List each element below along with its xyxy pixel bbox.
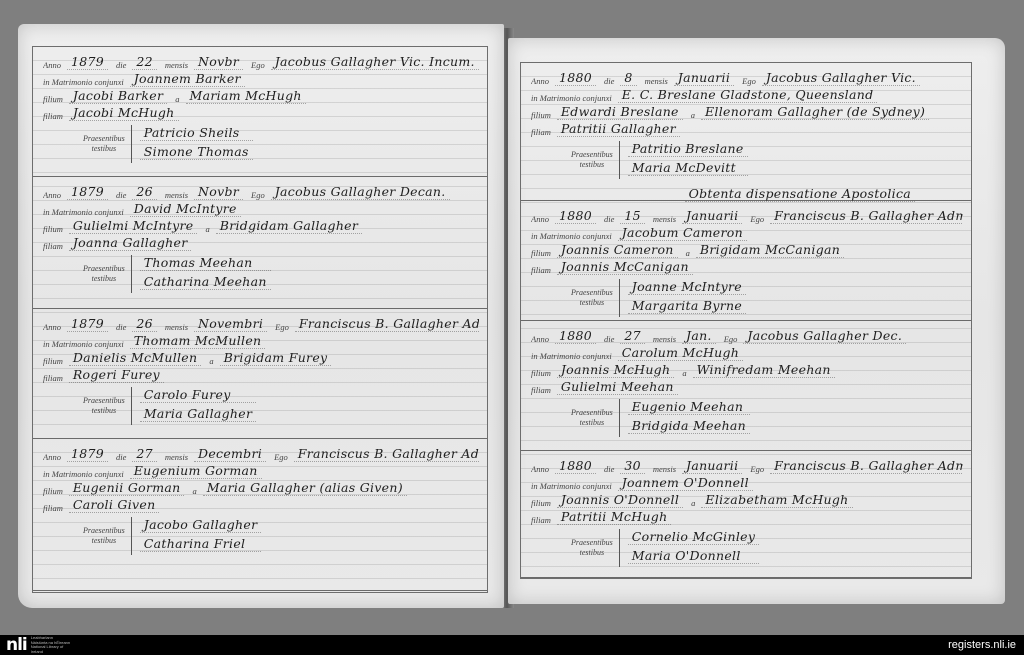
witness-names: Eugenio MeehanBridgida Meehan [628,399,758,437]
entry-bride-parent: Joanna Gallagher [69,235,192,251]
entry-priest: Franciscus B. Gallagher Adm. [770,208,963,224]
witness-names: Thomas MeehanCatharina Meehan [140,255,279,293]
entry-year: 1879 [67,316,108,332]
ego-label: Ego [275,322,289,332]
die-label: die [604,214,614,224]
entry-filium-line: filium Jacobi Barker a Mariam McHugh [43,87,479,104]
entry-witnesses: Praesentibus testibus Patricio SheilsSim… [83,125,479,163]
footer-bar: nli Leabharlann Náisiúnta na hÉireann Na… [0,635,1024,655]
entry-year: 1879 [67,54,108,70]
witness-label: Praesentibus testibus [571,399,620,437]
entry-filiam-line: filiam Patritii Gallagher [531,120,963,137]
entry-date-line: Anno 1879 die 27 mensis Decembri Ego Fra… [43,445,479,462]
entry-filiam-line: filiam Jacobi McHugh [43,104,479,121]
witness-label: Praesentibus testibus [83,387,132,425]
anno-label: Anno [43,60,61,70]
die-label: die [604,334,614,344]
entry-filium-line: filium Eugenii Gorman a Maria Gallagher … [43,479,479,496]
witness-names: Jacobo GallagherCatharina Friel [140,517,270,555]
filiam-label: filiam [43,241,63,251]
entry-priest: Jacobus Gallagher Vic. Incum. [271,54,479,70]
filiam-label: filiam [43,111,63,121]
witness-name: Maria Gallagher [140,406,256,422]
entry-groom: Jacobum Cameron [618,225,747,241]
entry-priest: Jacobus Gallagher Vic. [762,70,920,86]
witness-label: Praesentibus testibus [571,141,620,179]
entry-priest: Franciscus B. Gallagher Adm. [770,458,963,474]
entry-filiam-line: filiam Gulielmi Meehan [531,378,963,395]
entry-witnesses: Praesentibus testibus Jacobo GallagherCa… [83,517,479,555]
entry-date-line: Anno 1880 die 15 mensis Januarii Ego Fra… [531,207,963,224]
witness-label: Praesentibus testibus [83,517,132,555]
entry-filium-line: filium Danielis McMullen a Brigidam Fure… [43,349,479,366]
entry-witnesses: Praesentibus testibus Eugenio MeehanBrid… [571,399,963,437]
entry-witnesses: Praesentibus testibus Carolo FureyMaria … [83,387,479,425]
entry-witnesses: Praesentibus testibus Cornelio McGinleyM… [571,529,963,567]
entry-groom-mother: Elizabetham McHugh [701,492,852,508]
conjunxi-label: in Matrimonio conjunxi [43,207,124,217]
entry-bride-parent: Gulielmi Meehan [557,379,678,395]
filiam-label: filiam [531,127,551,137]
witness-name: Maria McDevitt [628,160,748,176]
entry-day: 30 [620,458,645,474]
entry-filiam-line: filiam Joanna Gallagher [43,234,479,251]
die-label: die [116,190,126,200]
entry-groom: Thomam McMullen [130,333,266,349]
entry-groom: Eugenium Gorman [130,463,262,479]
ego-label: Ego [750,214,764,224]
entry-day: 15 [620,208,645,224]
filium-label: filium [531,498,551,508]
entry-filiam-line: filiam Joannis McCanigan [531,258,963,275]
entry-priest: Jacobus Gallagher Dec. [743,328,906,344]
register-entry: Anno 1879 die 26 mensis Novbr Ego Jacobu… [33,177,487,309]
entry-groom-line: in Matrimonio conjunxi Joannem Barker [43,70,479,87]
entry-day: 26 [132,184,157,200]
witness-label: Praesentibus testibus [571,529,620,567]
a-label: a [691,110,695,120]
anno-label: Anno [531,214,549,224]
entry-month: Novembri [194,316,267,332]
entry-month: Jan. [682,328,716,344]
filium-label: filium [531,368,551,378]
a-label: a [205,224,209,234]
entry-groom-line: in Matrimonio conjunxi Eugenium Gorman [43,462,479,479]
witness-name: Catharina Meehan [140,274,271,290]
entry-priest: Franciscus B. Gallagher Adm. [294,446,479,462]
entry-date-line: Anno 1880 die 8 mensis Januarii Ego Jaco… [531,69,963,86]
entry-bride-parent: Patritii McHugh [557,509,672,525]
anno-label: Anno [531,334,549,344]
filiam-label: filiam [43,373,63,383]
entry-bride-parent: Jacobi McHugh [69,105,179,121]
witness-name: Catharina Friel [140,536,262,552]
entry-groom-mother: Brigidam Furey [220,350,332,366]
entry-groom: David McIntyre [130,201,241,217]
entry-witnesses: Praesentibus testibus Thomas MeehanCatha… [83,255,479,293]
entry-groom-father: Jacobi Barker [69,88,167,104]
witness-name: Eugenio Meehan [628,399,750,415]
entry-day: 8 [620,70,636,86]
witness-name: Carolo Furey [140,387,256,403]
left-page: Anno 1879 die 22 mensis Novbr Ego Jacobu… [18,24,504,608]
entry-month: Novbr [194,184,243,200]
entry-filium-line: filium Joannis O'Donnell a Elizabetham M… [531,491,963,508]
anno-label: Anno [43,190,61,200]
witness-name: Cornelio McGinley [628,529,759,545]
a-label: a [175,94,179,104]
mensis-label: mensis [653,214,676,224]
right-page: Anno 1880 die 8 mensis Januarii Ego Jaco… [508,38,1005,604]
entry-groom-father: Joannis O'Donnell [557,492,683,508]
register-entry: Anno 1879 die 26 mensis Novembri Ego Fra… [33,309,487,439]
site-link[interactable]: registers.nli.ie [948,639,1016,651]
anno-label: Anno [531,76,549,86]
filiam-label: filiam [531,265,551,275]
entry-month: Januarii [674,70,734,86]
entry-groom-mother: Winifredam Meehan [693,362,835,378]
entry-year: 1880 [555,208,596,224]
filium-label: filium [43,224,63,234]
filiam-label: filiam [531,385,551,395]
entry-year: 1879 [67,446,108,462]
entry-date-line: Anno 1880 die 30 mensis Januarii Ego Fra… [531,457,963,474]
filiam-label: filiam [531,515,551,525]
conjunxi-label: in Matrimonio conjunxi [43,77,124,87]
entry-month: Januarii [682,208,742,224]
filium-label: filium [43,356,63,366]
entry-filium-line: filium Gulielmi McIntyre a Bridgidam Gal… [43,217,479,234]
entry-groom: Joannem Barker [130,71,245,87]
entry-filium-line: filium Joannis McHugh a Winifredam Meeha… [531,361,963,378]
anno-label: Anno [43,452,61,462]
entry-day: 27 [132,446,157,462]
entry-date-line: Anno 1879 die 26 mensis Novembri Ego Fra… [43,315,479,332]
entry-groom: E. C. Breslane Gladstone, Queensland [618,87,878,103]
entry-groom-line: in Matrimonio conjunxi E. C. Breslane Gl… [531,86,963,103]
mensis-label: mensis [645,76,668,86]
witness-label: Praesentibus testibus [571,279,620,317]
filium-label: filium [43,94,63,104]
witness-label: Praesentibus testibus [83,255,132,293]
entry-groom-line: in Matrimonio conjunxi Carolum McHugh [531,344,963,361]
entry-groom-father: Danielis McMullen [69,350,202,366]
entry-date-line: Anno 1880 die 27 mensis Jan. Ego Jacobus… [531,327,963,344]
witness-label: Praesentibus testibus [83,125,132,163]
witness-name: Simone Thomas [140,144,253,160]
entry-groom: Joannem O'Donnell [618,475,753,491]
mensis-label: mensis [165,322,188,332]
entry-witnesses: Praesentibus testibus Joanne McIntyreMar… [571,279,963,317]
left-page-frame: Anno 1879 die 22 mensis Novbr Ego Jacobu… [32,46,488,593]
entry-filiam-line: filiam Rogeri Furey [43,366,479,383]
ego-label: Ego [750,464,764,474]
entry-witnesses: Praesentibus testibus Patritio BreslaneM… [571,141,963,179]
mensis-label: mensis [165,60,188,70]
filium-label: filium [531,248,551,258]
conjunxi-label: in Matrimonio conjunxi [43,339,124,349]
entry-groom-mother: Mariam McHugh [186,88,306,104]
conjunxi-label: in Matrimonio conjunxi [531,231,612,241]
ego-label: Ego [724,334,738,344]
entry-month: Decembri [194,446,266,462]
entry-year: 1880 [555,458,596,474]
entry-year: 1880 [555,328,596,344]
witness-name: Thomas Meehan [140,255,271,271]
nli-logo-text: Leabharlann Náisiúnta na hÉireann Nation… [31,636,71,654]
anno-label: Anno [43,322,61,332]
entry-groom-father: Joannis Cameron [557,242,678,258]
die-label: die [116,322,126,332]
entry-groom-father: Edwardi Breslane [557,104,683,120]
conjunxi-label: in Matrimonio conjunxi [43,469,124,479]
entry-date-line: Anno 1879 die 26 mensis Novbr Ego Jacobu… [43,183,479,200]
entry-year: 1880 [555,70,596,86]
entry-month: Novbr [194,54,243,70]
entry-day: 26 [132,316,157,332]
entry-priest: Jacobus Gallagher Decan. [271,184,450,200]
witness-name: Patritio Breslane [628,141,748,157]
witness-name: Margarita Byrne [628,298,746,314]
conjunxi-label: in Matrimonio conjunxi [531,93,612,103]
entry-groom-line: in Matrimonio conjunxi Jacobum Cameron [531,224,963,241]
entry-groom-mother: Brigidam McCanigan [696,242,844,258]
die-label: die [116,452,126,462]
nli-logo-mark: nli [6,636,27,654]
witness-names: Joanne McIntyreMargarita Byrne [628,279,754,317]
entry-groom-mother: Maria Gallagher (alias Given) [203,480,407,496]
image-viewer: Anno 1879 die 22 mensis Novbr Ego Jacobu… [0,0,1024,635]
entry-groom-father: Gulielmi McIntyre [69,218,198,234]
register-entry: Anno 1880 die 8 mensis Januarii Ego Jaco… [521,63,971,201]
entry-filium-line: filium Edwardi Breslane a Ellenoram Gall… [531,103,963,120]
filium-label: filium [43,486,63,496]
entry-groom-mother: Bridgidam Gallagher [216,218,362,234]
filiam-label: filiam [43,503,63,513]
die-label: die [604,76,614,86]
die-label: die [604,464,614,474]
register-entry: Anno 1880 die 15 mensis Januarii Ego Fra… [521,201,971,321]
entry-year: 1879 [67,184,108,200]
entry-groom-line: in Matrimonio conjunxi David McIntyre [43,200,479,217]
register-entry: Anno 1880 die 30 mensis Januarii Ego Fra… [521,451,971,578]
a-label: a [209,356,213,366]
entry-groom-line: in Matrimonio conjunxi Thomam McMullen [43,332,479,349]
entry-date-line: Anno 1879 die 22 mensis Novbr Ego Jacobu… [43,53,479,70]
filium-label: filium [531,110,551,120]
nli-logo[interactable]: nli Leabharlann Náisiúnta na hÉireann Na… [6,636,71,654]
entry-groom-father: Eugenii Gorman [69,480,185,496]
register-entry: Anno 1879 die 27 mensis Decembri Ego Fra… [33,439,487,591]
entry-filiam-line: filiam Patritii McHugh [531,508,963,525]
witness-name: Joanne McIntyre [628,279,746,295]
a-label: a [682,368,686,378]
entry-bride-parent: Caroli Given [69,497,160,513]
witness-names: Patritio BreslaneMaria McDevitt [628,141,756,179]
ego-label: Ego [742,76,756,86]
right-page-frame: Anno 1880 die 8 mensis Januarii Ego Jaco… [520,62,972,579]
entry-bride-parent: Rogeri Furey [69,367,164,383]
a-label: a [691,498,695,508]
conjunxi-label: in Matrimonio conjunxi [531,481,612,491]
witness-name: Maria O'Donnell [628,548,759,564]
mensis-label: mensis [165,452,188,462]
entry-day: 27 [620,328,645,344]
entry-groom-mother: Ellenoram Gallagher (de Sydney) [701,104,929,120]
a-label: a [192,486,196,496]
witness-name: Jacobo Gallagher [140,517,262,533]
witness-names: Patricio SheilsSimone Thomas [140,125,261,163]
witness-name: Bridgida Meehan [628,418,750,434]
register-entry: Anno 1879 die 22 mensis Novbr Ego Jacobu… [33,47,487,177]
mensis-label: mensis [653,334,676,344]
witness-names: Cornelio McGinleyMaria O'Donnell [628,529,767,567]
register-entry: Anno 1880 die 27 mensis Jan. Ego Jacobus… [521,321,971,451]
ego-label: Ego [251,190,265,200]
ego-label: Ego [251,60,265,70]
entry-month: Januarii [682,458,742,474]
a-label: a [686,248,690,258]
witness-names: Carolo FureyMaria Gallagher [140,387,264,425]
entry-filiam-line: filiam Caroli Given [43,496,479,513]
entry-day: 22 [132,54,157,70]
mensis-label: mensis [653,464,676,474]
entry-bride-parent: Patritii Gallagher [557,121,680,137]
entry-groom-line: in Matrimonio conjunxi Joannem O'Donnell [531,474,963,491]
entry-groom: Carolum McHugh [618,345,743,361]
die-label: die [116,60,126,70]
witness-name: Patricio Sheils [140,125,253,141]
entry-bride-parent: Joannis McCanigan [557,259,693,275]
anno-label: Anno [531,464,549,474]
entry-filium-line: filium Joannis Cameron a Brigidam McCani… [531,241,963,258]
mensis-label: mensis [165,190,188,200]
entry-priest: Franciscus B. Gallagher Adm. [295,316,479,332]
conjunxi-label: in Matrimonio conjunxi [531,351,612,361]
ego-label: Ego [274,452,288,462]
entry-groom-father: Joannis McHugh [557,362,674,378]
